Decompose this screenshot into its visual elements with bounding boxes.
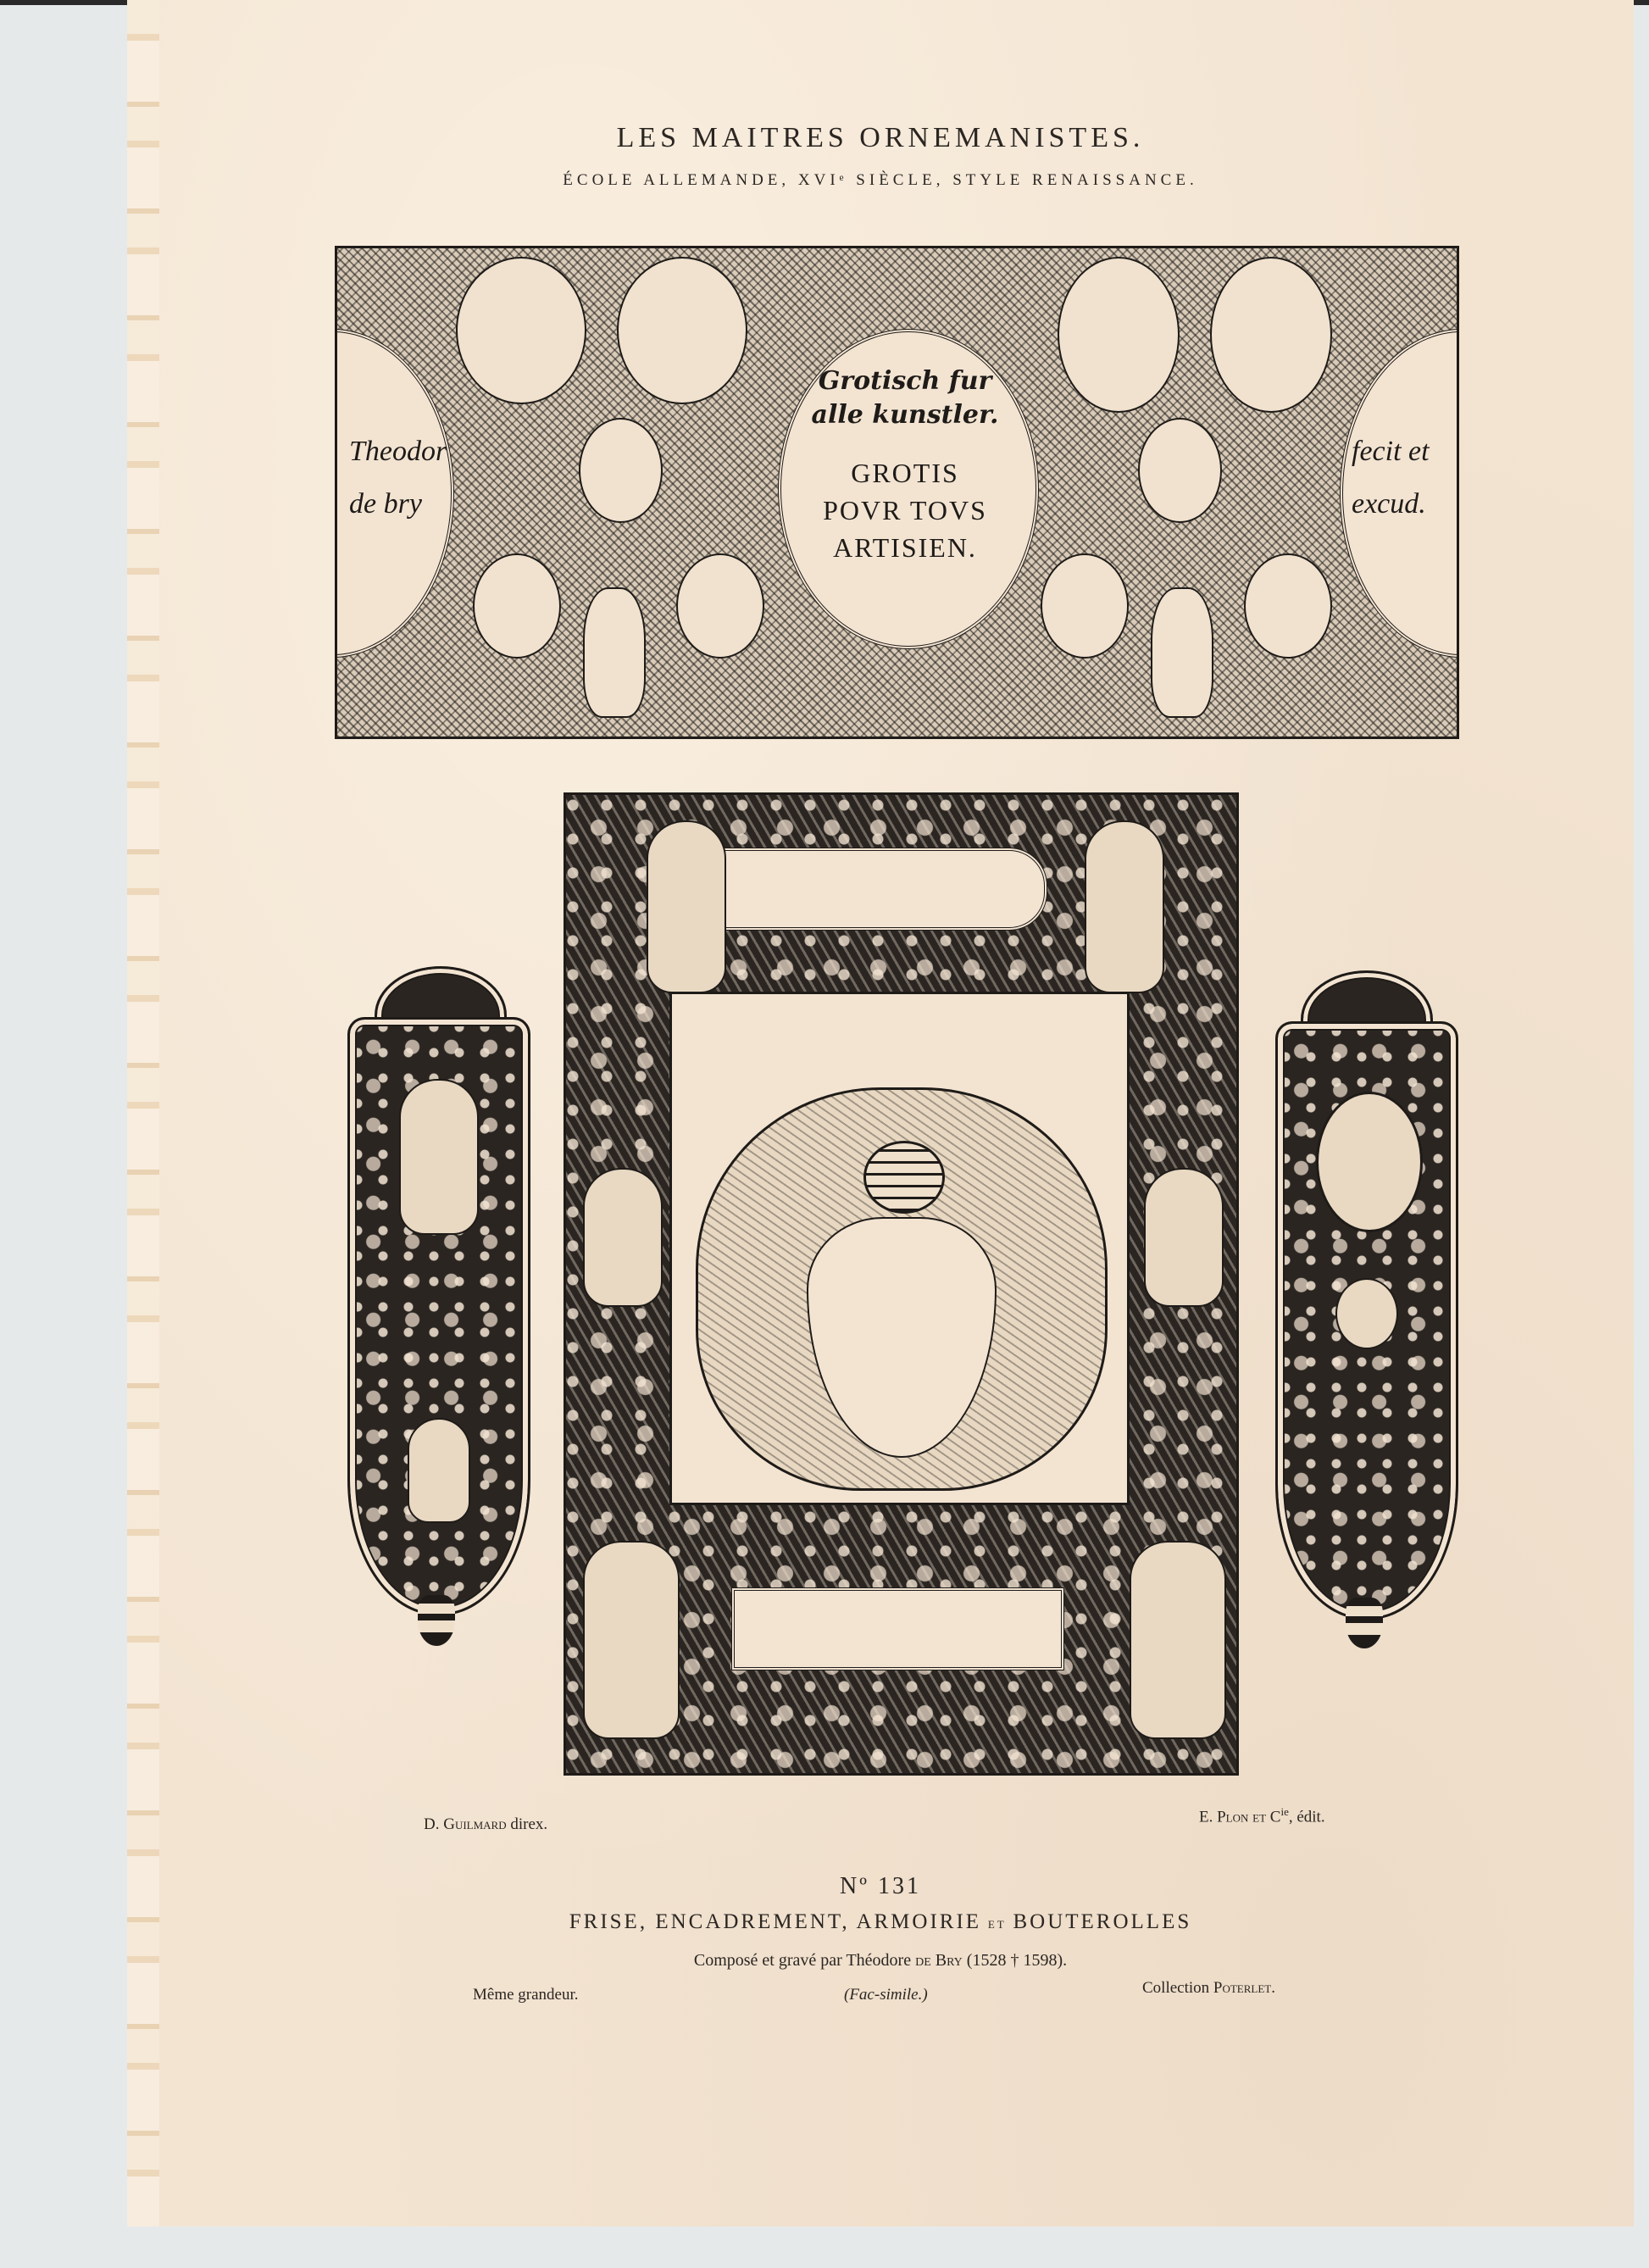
helmet-icon [863,1141,945,1214]
signature-fecit-et: fecit et [1352,425,1430,478]
squirrel-ornament [1041,553,1129,659]
left-bouterolle-finial [418,1595,455,1646]
plate-number: Nº 131 [127,1873,1634,1900]
vase-ornament [408,1418,470,1523]
bearded-mask-ornament [579,418,663,523]
left-cartouche: Theodor de bry [335,329,454,658]
collection-note: Collection Poterlet. [1142,1979,1275,1998]
female-figure-ornament [1085,820,1164,993]
director-name: D. Guilmard [424,1815,507,1833]
right-bouterolle-finial [1346,1598,1383,1648]
french-inscription-line2: POVR TOVS [781,492,1029,529]
series-subtitle: ÉCOLE ALLEMANDE, XVIᵉ SIÈCLE, STYLE RENA… [127,171,1634,190]
collection-prefix: Collection [1142,1979,1213,1997]
parrot-ornament [1210,257,1332,413]
frame-top-cartouche [685,848,1047,931]
plate-title: FRISE, ENCADREMENT, ARMOIRIE et BOUTEROL… [127,1910,1634,1934]
monkey-ornament [473,553,561,659]
armoirie-mantling [696,1087,1108,1491]
signature-excud: excud. [1352,478,1430,531]
monkey-ornament [583,1168,663,1307]
satyress-figure-ornament [1130,1541,1226,1739]
engraver-dates: (1528 † 1598). [963,1951,1067,1970]
plate-title-part2: BOUTEROLLES [1013,1910,1191,1933]
parrot-ornament [1058,257,1180,413]
blank-shield [807,1217,997,1458]
frieze-engraving: Theodor de bry Grotisch fur alle kunstle… [335,246,1459,739]
center-cartouche: Grotisch fur alle kunstler. GROTIS POVR … [778,329,1039,649]
armoirie-panel [669,992,1130,1505]
scale-note: Même grandeur. [473,1986,579,2004]
french-inscription-line3: ARTISIEN. [781,529,1029,566]
satyr-figure-ornament [583,1541,680,1739]
medallion-figure [1316,1092,1423,1232]
winged-figure-ornament [399,1079,479,1235]
right-bouterolle [1275,1021,1458,1620]
publisher-name: E. Plon et C [1199,1808,1280,1826]
squirrel-ornament [1244,553,1332,659]
signature-theodor: Theodor [349,425,447,478]
signature-de-bry: de bry [349,478,447,531]
left-bouterolle [347,1017,530,1615]
publisher-suffix: , édit. [1289,1808,1325,1826]
collection-name: Poterlet. [1213,1979,1275,1997]
director-credit: D. Guilmard direx. [424,1815,547,1834]
publisher-sup: ie [1280,1805,1288,1818]
engraver-credit: Composé et gravé par Théodore de Bry (15… [127,1951,1634,1971]
french-inscription-line1: GROTIS [781,454,1029,492]
plate-title-et: et [981,1915,1013,1932]
series-title: LES MAITRES ORNEMANISTES. [127,122,1634,154]
engraver-name: de Bry [915,1951,963,1970]
encadrement-frame [564,792,1239,1776]
director-suffix: direx. [507,1815,548,1833]
engraver-prefix: Composé et gravé par Théodore [694,1951,915,1970]
female-figure-ornament [647,820,726,993]
facsimile-note: (Fac-simile.) [844,1986,928,2004]
female-mask-ornament [1138,418,1222,523]
german-inscription-line1: Grotisch fur [781,364,1029,398]
plate-title-part1: FRISE, ENCADREMENT, ARMOIRIE [569,1910,981,1933]
publisher-credit: E. Plon et Cie, édit. [1199,1805,1325,1826]
frame-bottom-cartouche [731,1587,1064,1670]
cherub-ornament [1335,1278,1398,1349]
vase-ornament [583,587,646,718]
german-inscription-line2: alle kunstler. [781,398,1029,432]
monkey-ornament [676,553,764,659]
right-cartouche: fecit et excud. [1340,329,1459,658]
eagle-ornament [617,257,747,404]
vase-ornament [1151,587,1213,718]
monkey-ornament [1144,1168,1224,1307]
eagle-ornament [456,257,586,404]
